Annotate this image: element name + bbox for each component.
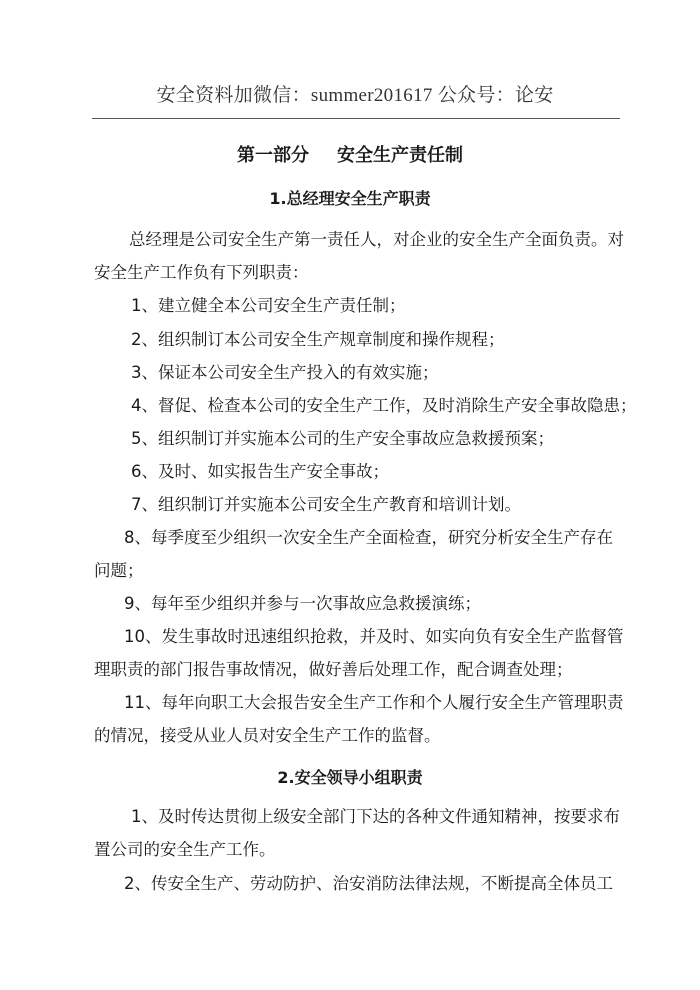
list-item-10: 10、发生事故时迅速组织抢救，并及时、如实向负有安全生产监督管 (124, 627, 624, 647)
part-title: 第一部分安全生产责任制 (0, 146, 700, 166)
document-page: 安全资料加微信：summer201617 公众号：论安 第一部分安全生产责任制 … (0, 0, 700, 990)
list-item-11: 11、每年向职工大会报告安全生产工作和个人履行安全生产管理职责 (124, 693, 624, 713)
list-item-6: 6、及时、如实报告生产安全事故； (131, 462, 389, 482)
section2-item-1-cont: 置公司的安全生产工作。 (94, 840, 276, 860)
list-item-8: 8、每季度至少组织一次安全生产全面检查，研究分析安全生产存在 (124, 528, 613, 548)
list-item-1: 1、建立健全本公司安全生产责任制； (131, 296, 406, 316)
list-item-4: 4、督促、检查本公司的安全生产工作，及时消除生产安全事故隐患； (131, 396, 637, 416)
part-number: 第一部分 (237, 145, 309, 166)
list-item-5: 5、组织制订并实施本公司的生产安全事故应急救援预案； (131, 429, 554, 449)
list-item-9: 9、每年至少组织并参与一次事故应急救援演练； (124, 594, 481, 614)
intro-line-1: 总经理是公司安全生产第一责任人，对企业的安全生产全面负责。对 (129, 230, 624, 250)
header-divider (92, 118, 620, 119)
part-name: 安全生产责任制 (337, 145, 463, 166)
list-item-2: 2、组织制订本公司安全生产规章制度和操作规程； (131, 330, 505, 350)
list-item-8-cont: 问题； (94, 561, 144, 581)
list-item-11-cont: 的情况，接受从业人员对安全生产工作的监督。 (94, 726, 441, 746)
section2-item-1: 1、及时传达贯彻上级安全部门下达的各种文件通知精神，按要求布 (131, 807, 620, 827)
intro-line-2: 安全生产工作负有下列职责： (94, 263, 309, 283)
list-item-3: 3、保证本公司安全生产投入的有效实施； (131, 363, 439, 383)
section-heading-2: 2.安全领导小组职责 (0, 768, 700, 788)
list-item-10-cont: 理职责的部门报告事故情况，做好善后处理工作，配合调查处理； (94, 660, 573, 680)
list-item-7: 7、组织制订并实施本公司安全生产教育和培训计划。 (131, 495, 521, 515)
section2-item-2: 2、传安全生产、劳动防护、治安消防法律法规，不断提高全体员工 (124, 874, 613, 894)
page-header: 安全资料加微信：summer201617 公众号：论安 (92, 80, 618, 107)
section-heading-1: 1.总经理安全生产职责 (0, 189, 700, 209)
